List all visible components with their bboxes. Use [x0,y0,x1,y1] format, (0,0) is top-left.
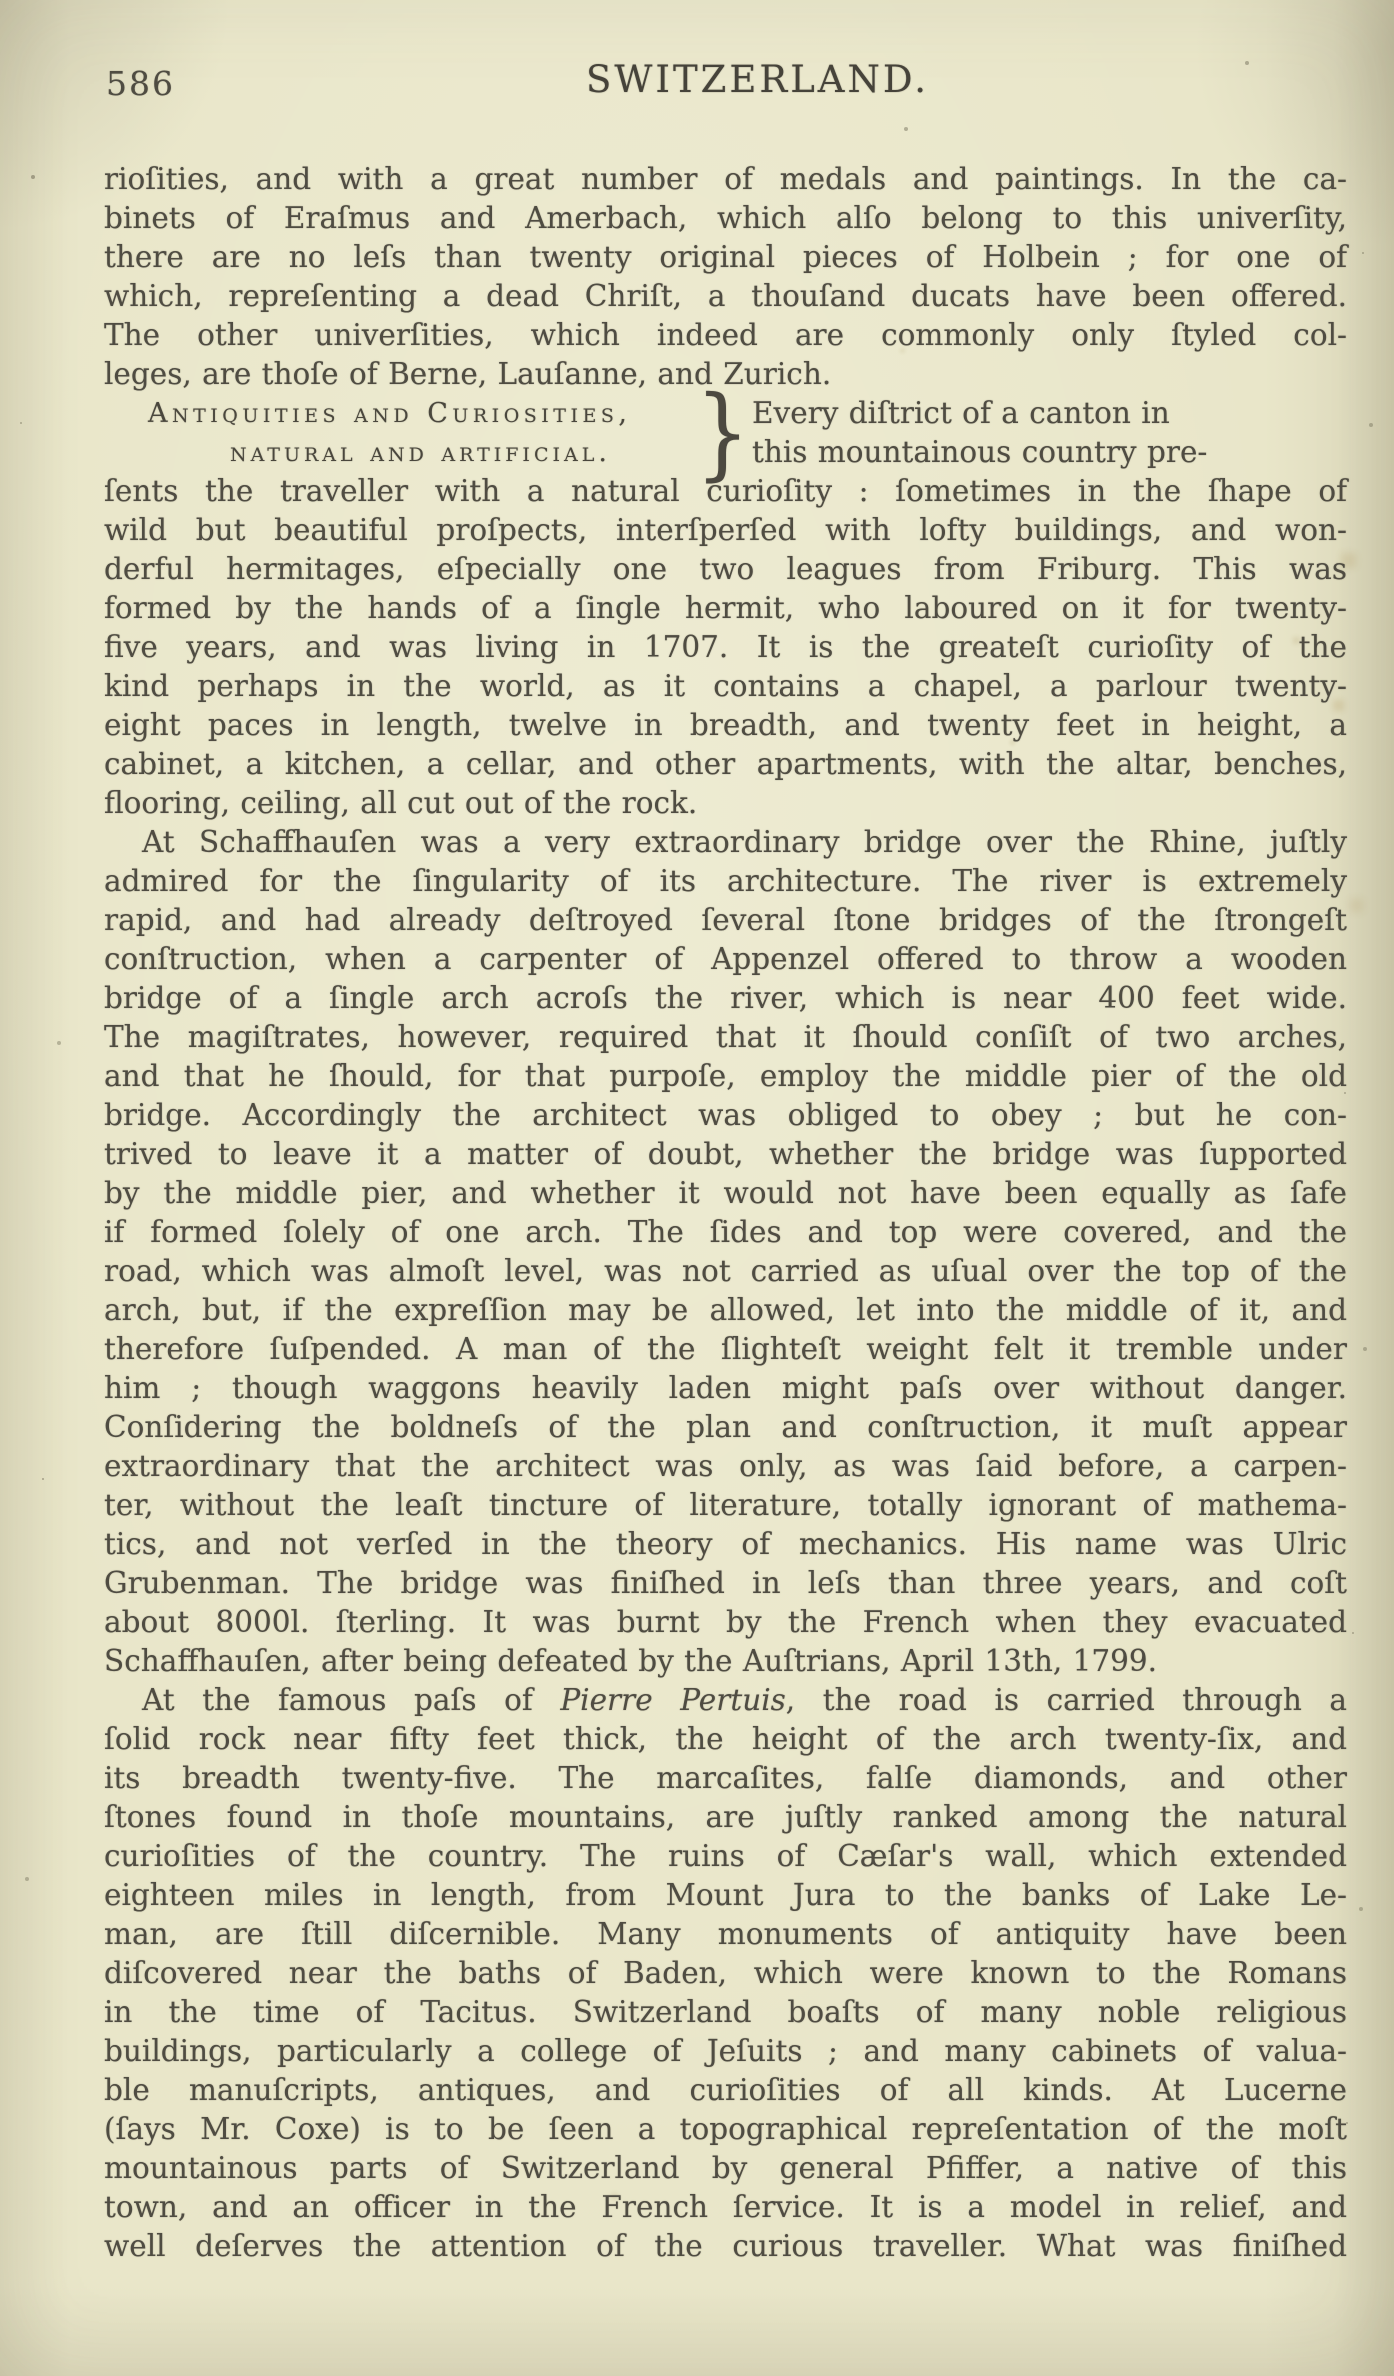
text-line: town, and an officer in the French ſervi… [104,2188,1347,2227]
text-line: The other univerſities, which indeed are… [104,316,1347,355]
text-line: and that he ſhould, for that purpoſe, em… [104,1057,1347,1096]
text-line: derful hermitages, eſpecially one two le… [104,550,1347,589]
text-line: ſolid rock near fifty feet thick, the he… [104,1720,1347,1759]
section-heading: Antiquities and Curiosities, natural and… [104,394,692,472]
text-line: The magiſtrates, however, required that … [104,1018,1347,1057]
text-line: extraordinary that the architect was onl… [104,1447,1347,1486]
text-line: ble manuſcripts, antiques, and curioſiti… [104,2071,1347,2110]
text-line: man, are ſtill diſcernible. Many monumen… [104,1915,1347,1954]
brace-glyph: } [695,394,734,472]
text-line: diſcovered near the baths of Baden, whic… [104,1954,1347,1993]
text-line: eight paces in length, twelve in breadth… [104,706,1347,745]
text-line: conſtruction, when a carpenter of Appenz… [104,940,1347,979]
text-line: arch, but, if the expreſſion may be allo… [104,1291,1347,1330]
text-line: wild but beautiful proſpects, interſperſ… [104,511,1347,550]
text-line: mountainous parts of Switzerland by gene… [104,2149,1347,2188]
paragraph-continuation: rioſities, and with a great number of me… [104,160,1347,394]
text-line: therefore ſuſpended. A man of the ſlight… [104,1330,1347,1369]
text-line: its breadth twenty-five. The marcaſites,… [104,1759,1347,1798]
text-line: five years, and was living in 1707. It i… [104,628,1347,667]
paper-specks [0,0,2,2]
text-line: rioſities, and with a great number of me… [104,160,1347,199]
paragraph-schaffhausen-bridge: At Schaffhauſen was a very extraordinary… [104,823,1347,1681]
section-heading-line1: Antiquities and Curiosities, [104,394,692,433]
text-line: (ſays Mr. Coxe) is to be ſeen a topograp… [104,2110,1347,2149]
text-line: trived to leave it a matter of doubt, wh… [104,1135,1347,1174]
section-heading-row: Antiquities and Curiosities, natural and… [104,394,1347,472]
text-line: Schaffhauſen, after being defeated by th… [104,1642,1347,1681]
running-title: SWITZERLAND. [104,58,1347,101]
text-line: in the time of Tacitus. Switzerland boaſ… [104,1993,1347,2032]
text-line: At the famous paſs of Pierre Pertuis, th… [104,1681,1347,1720]
text-line: admired for the ſingularity of its archi… [104,862,1347,901]
text-line: cabinet, a kitchen, a cellar, and other … [104,745,1347,784]
text-line: bridge of a ſingle arch acroſs the river… [104,979,1347,1018]
section-heading-line2: natural and artificial. [104,433,692,472]
scanned-book-page: 586 SWITZERLAND. rioſities, and with a g… [0,0,1394,2376]
text-line: bridge. Accordingly the architect was ob… [104,1096,1347,1135]
text-line: eighteen miles in length, from Mount Jur… [104,1876,1347,1915]
text-line: flooring, ceiling, all cut out of the ro… [104,784,1347,823]
text-line: by the middle pier, and whether it would… [104,1174,1347,1213]
section-lead-line2: this mountainous country pre- [752,433,1347,472]
text-line: rapid, and had already deſtroyed ſeveral… [104,901,1347,940]
text-block: rioſities, and with a great number of me… [104,160,1347,2266]
text-line: tics, and not verſed in the theory of me… [104,1525,1347,1564]
text-line: road, which was almoſt level, was not ca… [104,1252,1347,1291]
text-line: Grubenman. The bridge was finiſhed in le… [104,1564,1347,1603]
text-line: Conſidering the boldneſs of the plan and… [104,1408,1347,1447]
text-line: which, repreſenting a dead Chriſt, a tho… [104,277,1347,316]
paragraph-pierre-pertuis: At the famous paſs of Pierre Pertuis, th… [104,1681,1347,2266]
text-line: binets of Eraſmus and Amerbach, which al… [104,199,1347,238]
section-lead-line1: Every diſtrict of a canton in [752,394,1347,433]
paragraph-antiquities: ſents the traveller with a natural curio… [104,472,1347,823]
text-line: if formed ſolely of one arch. The ſides … [104,1213,1347,1252]
text-line: At Schaffhauſen was a very extraordinary… [104,823,1347,862]
text-line: buildings, particularly a college of Jeſ… [104,2032,1347,2071]
text-line: there are no leſs than twenty original p… [104,238,1347,277]
text-line: kind perhaps in the world, as it contain… [104,667,1347,706]
text-line: ter, without the leaſt tincture of liter… [104,1486,1347,1525]
text-line: about 8000l. ſterling. It was burnt by t… [104,1603,1347,1642]
text-line: well deſerves the attention of the curio… [104,2227,1347,2266]
text-line: curioſities of the country. The ruins of… [104,1837,1347,1876]
text-line: him ; though waggons heavily laden might… [104,1369,1347,1408]
text-line: ſtones found in thoſe mountains, are juſ… [104,1798,1347,1837]
text-line: formed by the hands of a ſingle hermit, … [104,589,1347,628]
page-header: 586 SWITZERLAND. [104,58,1347,112]
section-lead-text: Every diſtrict of a canton in this mount… [752,394,1347,472]
